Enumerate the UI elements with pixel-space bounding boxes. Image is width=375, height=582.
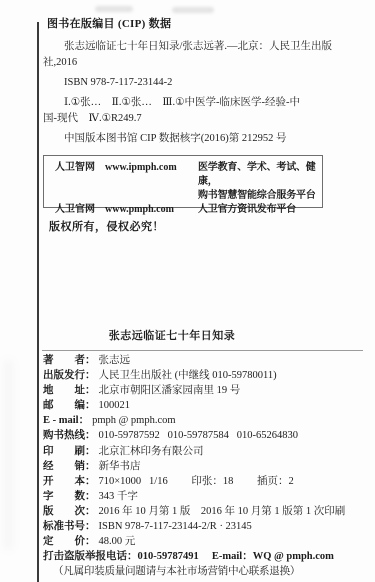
- field-row-isbn: 标准书号： ISBN 978-7-117-23144-2/R · 23145: [43, 519, 369, 534]
- site-description: 人卫官方资讯发布平台: [198, 203, 318, 217]
- site-name: 人卫智网: [55, 161, 105, 189]
- field-label: 著 者：: [43, 353, 96, 368]
- site-url: www.ipmph.com: [105, 161, 198, 189]
- binding-edge-line: [37, 22, 39, 582]
- field-label: 邮 编：: [43, 398, 96, 413]
- field-label: 经 销：: [43, 459, 96, 474]
- anti-piracy-line: 打击盗版举报电话：010-59787491 E-mail：WQ @ pmph.c…: [43, 549, 369, 564]
- website-row: 购书智慧智能综合服务平台: [55, 189, 318, 203]
- field-label: 出版发行：: [43, 368, 96, 383]
- field-value: pmph @ pmph.com: [89, 413, 175, 428]
- cip-isbn: ISBN 978-7-117-23144-2: [43, 75, 348, 91]
- anti-piracy-value: 010-59787491 E-mail：WQ @ pmph.com: [138, 551, 334, 562]
- bleed-mark: [172, 7, 214, 13]
- field-value: 100021: [96, 398, 131, 413]
- site-url-spacer: [105, 189, 198, 203]
- field-row-hotline: 购书热线： 010-59787592 010-59787584 010-6526…: [43, 428, 369, 443]
- field-row-wordcount: 字 数： 343 千字: [43, 489, 369, 504]
- field-value: 新华书店: [96, 459, 141, 474]
- site-name-spacer: [55, 189, 105, 203]
- field-value: 张志远: [96, 353, 131, 368]
- bleed-mark: [4, 360, 13, 550]
- field-label: E - mail：: [43, 413, 89, 428]
- field-label: 印 刷：: [43, 444, 96, 459]
- field-value: 2016 年 10 月第 1 版 2016 年 10 月第 1 版第 1 次印刷: [96, 504, 346, 519]
- website-row: 人卫官网 www.pmph.com 人卫官方资讯发布平台: [55, 203, 318, 217]
- cip-classification-line-wrap: 国-现代 Ⅳ.①R249.7: [43, 111, 348, 127]
- field-label: 标准书号：: [43, 519, 96, 534]
- cip-block: 图书在版编目 (CIP) 数据 张志远临证七十年日知录/张志远著.—北京：人民卫…: [43, 16, 348, 147]
- site-description: 医学教育、学术、考试、健康，: [198, 161, 318, 189]
- field-row-publisher: 出版发行： 人民卫生出版社 (中继线 010-59780011): [43, 368, 369, 383]
- field-value: 北京市朝阳区潘家园南里 19 号: [96, 383, 241, 398]
- copyright-warning: 版权所有，侵权必究！: [49, 219, 164, 235]
- book-copyright-page: 图书在版编目 (CIP) 数据 张志远临证七十年日知录/张志远著.—北京：人民卫…: [0, 0, 375, 582]
- field-row-address: 地 址： 北京市朝阳区潘家园南里 19 号: [43, 383, 369, 398]
- publisher-websites-box: 人卫智网 www.ipmph.com 医学教育、学术、考试、健康， 购书智慧智能…: [43, 155, 323, 208]
- field-value: 北京汇林印务有限公司: [96, 444, 204, 459]
- site-description: 购书智慧智能综合服务平台: [198, 189, 318, 203]
- colophon-fields: 著 者： 张志远 出版发行： 人民卫生出版社 (中继线 010-59780011…: [43, 353, 369, 579]
- cip-record-number: 中国版本图书馆 CIP 数据核字(2016)第 212952 号: [43, 131, 348, 147]
- site-name: 人卫官网: [55, 203, 105, 217]
- field-value: 710×1000 1/16 印张：18 插页：2: [96, 474, 294, 489]
- cip-title-line: 张志远临证七十年日知录/张志远著.—北京：人民卫生出版: [43, 39, 348, 55]
- field-row-author: 著 者： 张志远: [43, 353, 369, 368]
- site-url: www.pmph.com: [105, 203, 198, 217]
- field-row-edition: 版 次： 2016 年 10 月第 1 版 2016 年 10 月第 1 版第 …: [43, 504, 369, 519]
- cip-title-line-wrap: 社,2016: [43, 55, 348, 71]
- field-label: 定 价：: [43, 534, 96, 549]
- bleed-mark: [95, 6, 133, 12]
- field-row-postcode: 邮 编： 100021: [43, 398, 369, 413]
- field-row-printer: 印 刷： 北京汇林印务有限公司: [43, 444, 369, 459]
- cip-heading: 图书在版编目 (CIP) 数据: [43, 16, 348, 32]
- field-value: 48.00 元: [96, 534, 136, 549]
- field-label: 地 址：: [43, 383, 96, 398]
- website-row: 人卫智网 www.ipmph.com 医学教育、学术、考试、健康，: [55, 161, 318, 189]
- field-label: 购书热线：: [43, 428, 96, 443]
- field-row-format: 开 本： 710×1000 1/16 印张：18 插页：2: [43, 474, 369, 489]
- field-row-price: 定 价： 48.00 元: [43, 534, 369, 549]
- field-value: ISBN 978-7-117-23144-2/R · 23145: [96, 519, 252, 534]
- cip-classification-line: Ⅰ.①张… Ⅱ.①张… Ⅲ.①中医学-临床医学-经验-中: [43, 95, 348, 111]
- field-value: 人民卫生出版社 (中继线 010-59780011): [96, 368, 277, 383]
- field-row-email: E - mail： pmph @ pmph.com: [43, 413, 369, 428]
- anti-piracy-label: 打击盗版举报电话：: [43, 551, 138, 562]
- field-label: 版 次：: [43, 504, 96, 519]
- field-value: 010-59787592 010-59787584 010-65264830: [96, 428, 299, 443]
- field-row-distributor: 经 销： 新华书店: [43, 459, 369, 474]
- book-title: 张志远临证七十年日知录: [42, 329, 302, 344]
- quality-return-note: （凡属印装质量问题请与本社市场营销中心联系退换）: [43, 564, 369, 579]
- field-label: 字 数：: [43, 489, 96, 504]
- field-value: 343 千字: [96, 489, 138, 504]
- field-label: 开 本：: [43, 474, 96, 489]
- title-divider: [42, 350, 363, 351]
